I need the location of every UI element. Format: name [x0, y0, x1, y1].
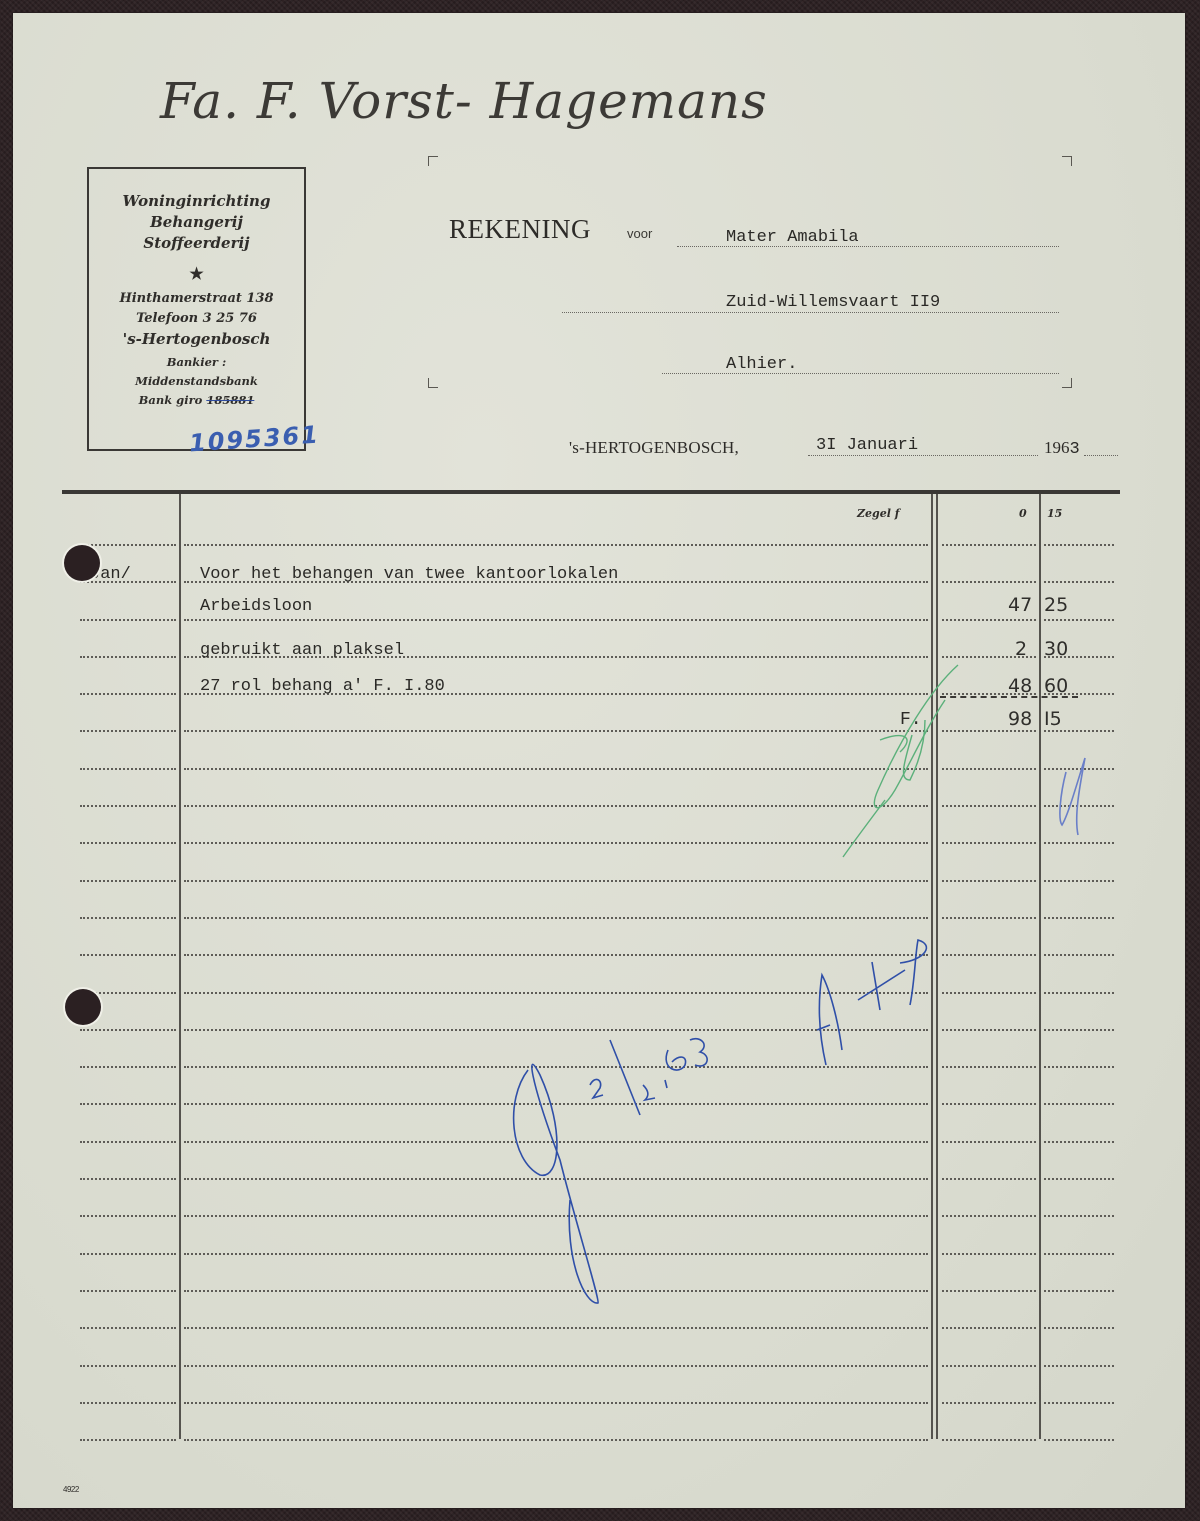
line-item-cents: 25	[1044, 594, 1068, 616]
line-item-guilders: 48	[1008, 675, 1032, 697]
ruled-line	[184, 1290, 928, 1292]
ruled-line	[184, 544, 928, 546]
line-item-description: 27 rol behang a' F. I.80	[200, 677, 445, 696]
ruled-line	[80, 1439, 176, 1441]
ruled-line	[1044, 1103, 1114, 1105]
total-cents: I5	[1044, 708, 1062, 730]
ruled-line	[80, 1141, 176, 1143]
ruled-line	[942, 1141, 1036, 1143]
ruled-line	[1044, 954, 1114, 956]
year-suffix: 3	[1070, 440, 1080, 459]
total-label: F.	[900, 710, 922, 730]
form-number: 4922	[63, 1485, 79, 1494]
zegel-cents: 15	[1047, 507, 1062, 520]
ruled-line	[1044, 805, 1114, 807]
ruled-line	[184, 917, 928, 919]
zegel-guilders: 0	[1019, 507, 1027, 520]
ruled-line	[184, 842, 928, 844]
ruled-line	[942, 842, 1036, 844]
ruled-line	[80, 954, 176, 956]
ruled-line	[1044, 1141, 1114, 1143]
punch-hole	[64, 545, 100, 581]
trade-2: Behangerij	[89, 212, 304, 233]
ruled-line	[1044, 1253, 1114, 1255]
city-line	[662, 373, 1059, 374]
ruled-line	[80, 544, 176, 546]
ruled-line	[942, 1402, 1036, 1404]
invoice-date: 3I Januari	[816, 436, 918, 455]
ruled-line	[80, 768, 176, 770]
ruled-line	[1044, 581, 1114, 583]
ruled-line	[942, 880, 1036, 882]
bank-name: Middenstandsbank	[89, 372, 304, 391]
line-item-description: Arbeidsloon	[200, 597, 312, 616]
ruled-line	[942, 619, 1036, 621]
ruled-line	[1044, 880, 1114, 882]
ruled-line	[80, 1066, 176, 1068]
ruled-line	[184, 768, 928, 770]
ruled-line	[184, 1253, 928, 1255]
invoice-year: 1963	[1044, 438, 1080, 459]
cents-column-divider	[1039, 494, 1041, 1439]
ruled-line	[1044, 1365, 1114, 1367]
giro-label: Bank giro	[139, 393, 203, 407]
ruled-line	[1044, 619, 1114, 621]
ruled-line	[80, 1253, 176, 1255]
ruled-line	[184, 1178, 928, 1180]
ruled-line	[1044, 842, 1114, 844]
ruled-line	[184, 1402, 928, 1404]
ruled-line	[942, 1365, 1036, 1367]
line-item-cents: 30	[1044, 638, 1068, 660]
ruled-line	[1044, 1215, 1114, 1217]
ruled-line	[1044, 1290, 1114, 1292]
ruled-line	[80, 1402, 176, 1404]
total-guilders: 98	[1008, 708, 1032, 730]
ruled-line	[184, 1365, 928, 1367]
trade-3: Stoffeerderij	[89, 233, 304, 254]
ruled-line	[184, 1029, 928, 1031]
ruled-line	[942, 1215, 1036, 1217]
zegel-label: Zegel f	[857, 507, 899, 520]
address-line	[562, 312, 1059, 313]
ruled-line	[1044, 1327, 1114, 1329]
ruled-line	[80, 917, 176, 919]
firm-address: Hinthamerstraat 138	[89, 289, 304, 309]
ruled-line	[184, 1066, 928, 1068]
ruled-line	[942, 1327, 1036, 1329]
corner-mark	[1062, 378, 1072, 388]
ruled-line	[184, 992, 928, 994]
ruled-line	[184, 1103, 928, 1105]
recipient-city: Alhier.	[726, 355, 797, 374]
ruled-line	[80, 842, 176, 844]
ruled-line	[80, 1327, 176, 1329]
trade-1: Woninginrichting	[89, 191, 304, 212]
amount-column-divider-double	[936, 494, 938, 1439]
ruled-line	[80, 1290, 176, 1292]
ruled-line	[1044, 1066, 1114, 1068]
ruled-line	[1044, 730, 1114, 732]
ruled-line	[942, 1103, 1036, 1105]
ruled-line	[1044, 992, 1114, 994]
ruled-line	[942, 730, 1036, 732]
ruled-line	[80, 619, 176, 621]
for-label: voor	[627, 226, 652, 241]
ruled-line	[80, 1365, 176, 1367]
ruled-line	[80, 805, 176, 807]
recipient-name: Mater Amabila	[726, 228, 859, 247]
line-item-cents: 60	[1044, 675, 1068, 697]
ruled-line	[942, 581, 1036, 583]
ruled-line	[942, 1178, 1036, 1180]
ruled-line	[184, 1439, 928, 1441]
ruled-line	[184, 880, 928, 882]
ruled-line	[80, 880, 176, 882]
invoice-title: REKENING	[449, 214, 591, 245]
banker-label: Bankier :	[89, 353, 304, 372]
ruled-line	[184, 1327, 928, 1329]
ruled-line	[80, 1215, 176, 1217]
firm-city: 's-Hertogenbosch	[89, 329, 304, 350]
ruled-line	[942, 992, 1036, 994]
ruled-line	[80, 693, 176, 695]
ruled-line	[942, 768, 1036, 770]
recipient-address: Zuid-Willemsvaart II9	[726, 293, 940, 312]
ruled-line	[80, 656, 176, 658]
ruled-line	[942, 1066, 1036, 1068]
ruled-line	[184, 1141, 928, 1143]
ruled-line	[80, 730, 176, 732]
date-line	[808, 455, 1038, 456]
ruled-line	[1044, 1439, 1114, 1441]
ruled-line	[942, 1253, 1036, 1255]
subtotal-rule	[940, 696, 1078, 698]
date-column-divider	[179, 494, 181, 1439]
corner-mark	[428, 156, 438, 166]
ruled-line	[1044, 1402, 1114, 1404]
bank-giro: Bank giro 185881	[89, 391, 304, 410]
ruled-line	[942, 954, 1036, 956]
place-label: 's-HERTOGENBOSCH,	[569, 438, 739, 458]
amount-column-divider	[931, 494, 933, 1439]
ruled-line	[1044, 1029, 1114, 1031]
firm-letterhead: Fa. F. Vorst- Hagemans	[160, 72, 768, 130]
ruled-line	[942, 1439, 1036, 1441]
star-icon: ★	[89, 264, 304, 283]
line-item-guilders: 47	[1008, 594, 1032, 616]
corner-mark	[428, 378, 438, 388]
corner-mark	[1062, 156, 1072, 166]
line-item-guilders: 2	[1015, 638, 1027, 660]
ruled-line	[80, 1103, 176, 1105]
ruled-line	[184, 619, 928, 621]
punch-hole	[65, 989, 101, 1025]
ruled-line	[184, 1215, 928, 1217]
ruled-line	[942, 1290, 1036, 1292]
ruled-line	[942, 805, 1036, 807]
firm-phone: Telefoon 3 25 76	[89, 309, 304, 329]
ruled-line	[942, 917, 1036, 919]
giro-struck-number: 185881	[206, 393, 254, 407]
ruled-line	[80, 1178, 176, 1180]
ruled-line	[942, 544, 1036, 546]
line-item-description: gebruikt aan plaksel	[200, 641, 404, 660]
firm-info-box: Woninginrichting Behangerij Stoffeerderi…	[87, 167, 306, 451]
ruled-line	[1044, 544, 1114, 546]
ruled-line	[1044, 917, 1114, 919]
line-item-description: Voor het behangen van twee kantoorlokale…	[200, 565, 618, 584]
ruled-line	[80, 1029, 176, 1031]
ruled-line	[184, 805, 928, 807]
ruled-line	[1044, 1178, 1114, 1180]
table-top-rule	[62, 490, 1120, 494]
ruled-line	[184, 730, 928, 732]
year-line	[1084, 455, 1118, 456]
ruled-line	[1044, 768, 1114, 770]
year-prefix: 196	[1044, 438, 1070, 457]
ruled-line	[184, 954, 928, 956]
ruled-line	[942, 1029, 1036, 1031]
